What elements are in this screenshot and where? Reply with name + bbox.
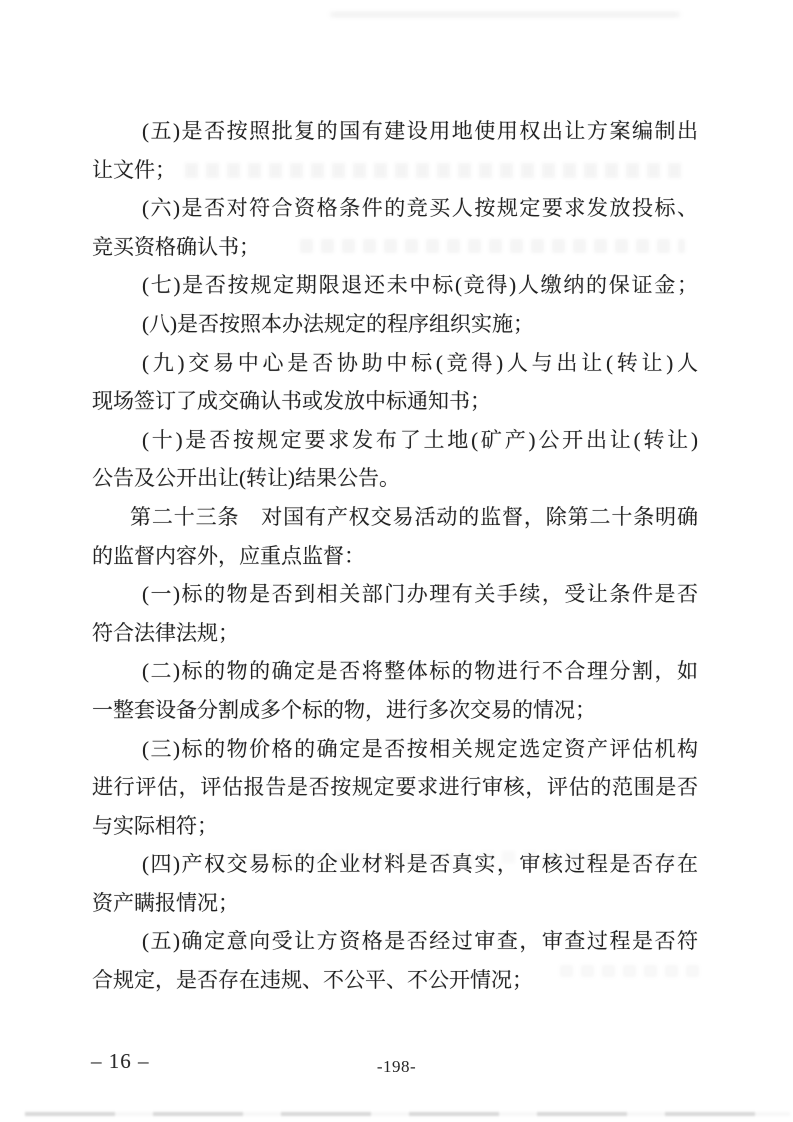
footer-page-number-center: -198- [0, 1057, 793, 1077]
text-line: 让文件； [92, 151, 698, 190]
text-line: 一整套设备分割成多个标的物，进行多次交易的情况； [92, 691, 698, 730]
scanned-document-page: (五)是否按照批复的国有建设用地使用权出让方案编制出让文件；(六)是否对符合资格… [0, 0, 793, 1122]
text-line: (四)产权交易标的企业材料是否真实，审核过程是否存在 [92, 845, 698, 884]
text-line: (七)是否按规定期限退还未中标(竞得)人缴纳的保证金； [92, 266, 698, 305]
scan-artifact-top-streak [330, 12, 680, 17]
text-line: 公告及公开出让(转让)结果公告。 [92, 459, 698, 498]
text-line: 竞买资格确认书； [92, 228, 698, 267]
text-line: 资产瞒报情况； [92, 884, 698, 923]
text-line: 与实际相符； [92, 807, 698, 846]
scan-artifact-bottom-band [25, 1112, 790, 1116]
text-line: 符合法律法规； [92, 614, 698, 653]
text-line: (三)标的物价格的确定是否按相关规定选定资产评估机构 [92, 730, 698, 769]
text-line: 的监督内容外，应重点监督： [92, 537, 698, 576]
text-line: (八)是否按照本办法规定的程序组织实施； [92, 305, 698, 344]
text-line: (五)是否按照批复的国有建设用地使用权出让方案编制出 [92, 112, 698, 151]
text-line: 现场签订了成交确认书或发放中标通知书； [92, 382, 698, 421]
text-line: (九)交易中心是否协助中标(竞得)人与出让(转让)人 [92, 344, 698, 383]
document-body-text: (五)是否按照批复的国有建设用地使用权出让方案编制出让文件；(六)是否对符合资格… [92, 112, 698, 1000]
text-line: (五)确定意向受让方资格是否经过审查，审查过程是否符 [92, 922, 698, 961]
text-line: (一)标的物是否到相关部门办理有关手续，受让条件是否 [92, 575, 698, 614]
text-line: 合规定，是否存在违规、不公平、不公开情况； [92, 961, 698, 1000]
text-line: 进行评估，评估报告是否按规定要求进行审核，评估的范围是否 [92, 768, 698, 807]
text-line: (六)是否对符合资格条件的竞买人按规定要求发放投标、 [92, 189, 698, 228]
text-line: 第二十三条 对国有产权交易活动的监督，除第二十条明确 [92, 498, 698, 537]
text-line: (二)标的物的确定是否将整体标的物进行不合理分割，如 [92, 652, 698, 691]
text-line: (十)是否按规定要求发布了土地(矿产)公开出让(转让) [92, 421, 698, 460]
